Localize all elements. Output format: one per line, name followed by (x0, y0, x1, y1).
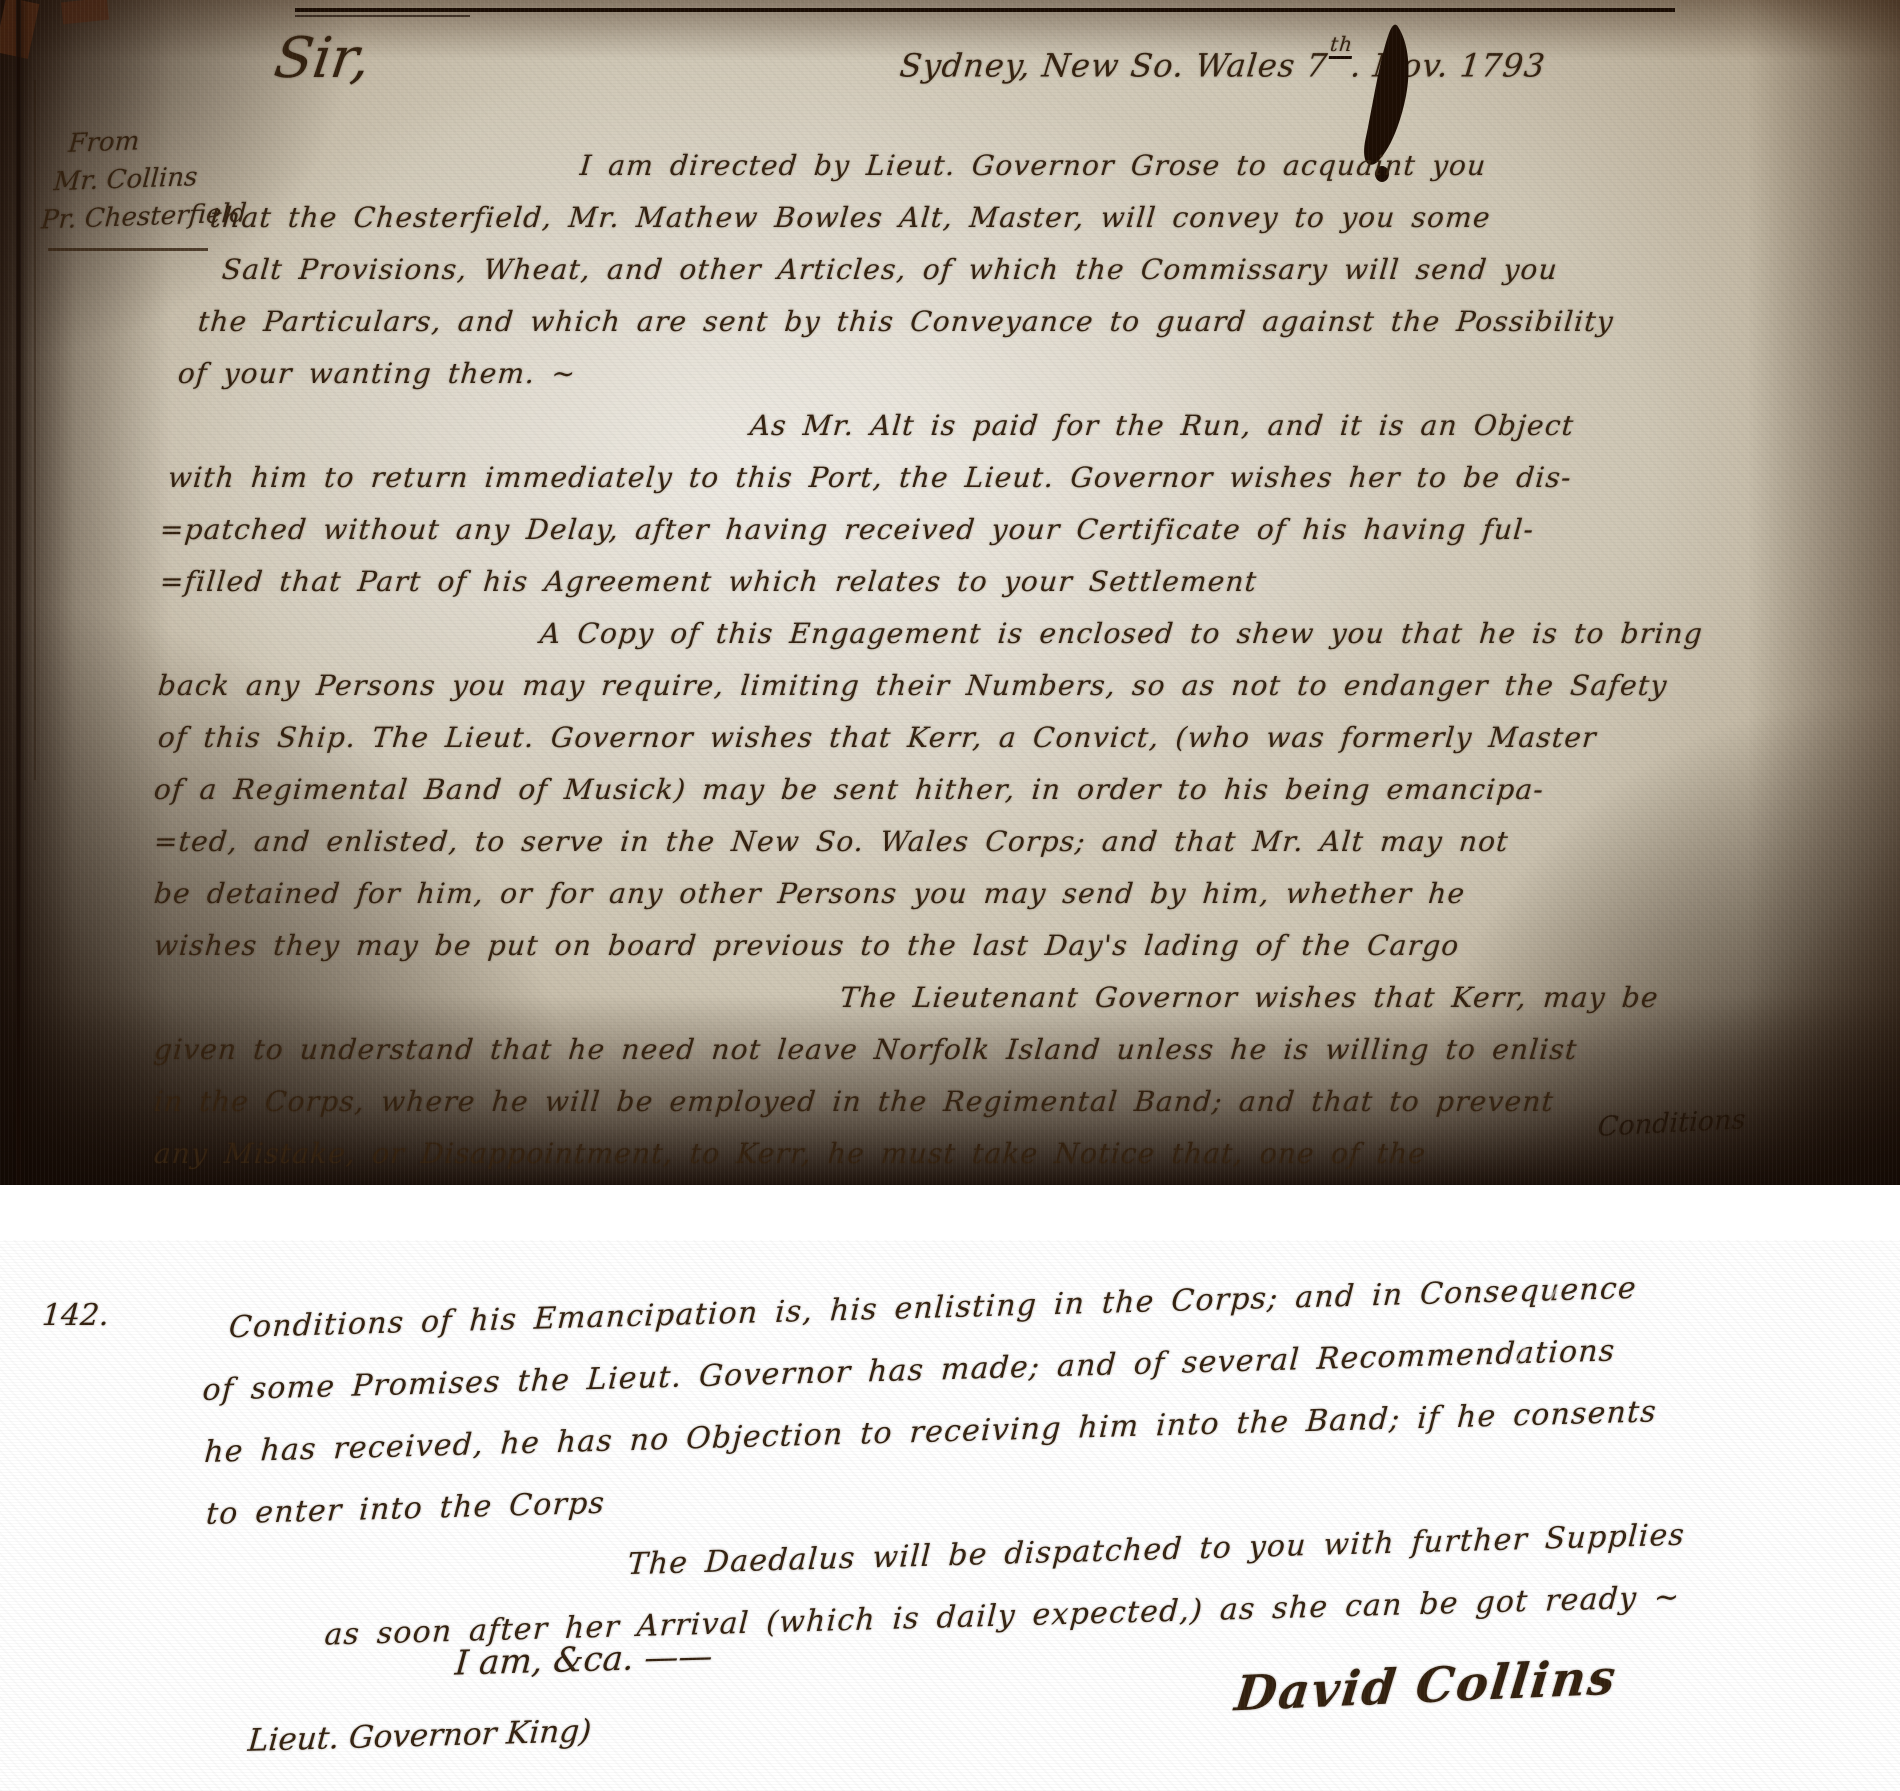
manuscript-line: any Mistake, or Disappointment, to Kerr,… (148, 1128, 1593, 1180)
page2-content: Conditions of his Emancipation is, his e… (200, 1254, 1770, 1669)
manuscript-line: given to understand that he need not lea… (148, 1024, 1593, 1076)
top-rule-secondary (295, 15, 470, 17)
page1-scan: Sir, Sydney, New So. Wales 7th. Nov. 179… (0, 0, 1900, 1185)
manuscript-line: back any Persons you may require, limiti… (148, 660, 1593, 712)
closing-line: I am, &ca. —— (454, 1636, 715, 1683)
dateline: Sydney, New So. Wales 7th. Nov. 1793 (898, 46, 1548, 85)
manuscript-line: of your wanting them. ~ (148, 348, 1593, 400)
page1-body: I am directed by Lieut. Governor Grose t… (150, 140, 1590, 1180)
manuscript-line: be detained for him, or for any other Pe… (148, 868, 1593, 920)
dateline-text: Sydney, New So. Wales 7 (898, 47, 1330, 85)
manuscript-line: Salt Provisions, Wheat, and other Articl… (148, 244, 1593, 296)
manuscript-line: I am directed by Lieut. Governor Grose t… (148, 140, 1593, 192)
manuscript-line: wishes they may be put on board previous… (148, 920, 1593, 972)
catchword: Conditions (1597, 1104, 1746, 1143)
manuscript-line: that the Chesterfield, Mr. Mathew Bowles… (148, 192, 1593, 244)
salutation: Sir, (270, 26, 374, 91)
manuscript-line: with him to return immediately to this P… (148, 452, 1593, 504)
manuscript-line: As Mr. Alt is paid for the Run, and it i… (148, 400, 1593, 452)
manuscript-scan-canvas: { "ink_color": "#33210f", "paper_color":… (0, 0, 1900, 1791)
signature: David Collins (1232, 1650, 1620, 1723)
manuscript-line: of this Ship. The Lieut. Governor wishes… (148, 712, 1593, 764)
manuscript-line: of a Regimental Band of Musick) may be s… (148, 764, 1593, 816)
manuscript-line: =patched without any Delay, after having… (148, 504, 1593, 556)
manuscript-line: A Copy of this Engagement is enclosed to… (148, 608, 1593, 660)
dateline-superscript: th (1329, 32, 1355, 59)
top-rule (295, 8, 1675, 12)
binding-line (16, 0, 21, 1185)
page2-scan: 142. Conditions of his Emancipation is, … (0, 1240, 1900, 1791)
manuscript-line: =ted, and enlisted, to serve in the New … (148, 816, 1593, 868)
page2-body: Conditions of his Emancipation is, his e… (200, 1254, 1770, 1669)
manuscript-line: the Particulars, and which are sent by t… (148, 296, 1593, 348)
addressee: Lieut. Governor King) (247, 1713, 593, 1759)
torn-edge-mark (61, 0, 109, 24)
manuscript-line: in the Corps, where he will be employed … (148, 1076, 1593, 1128)
margin-ruled-line (34, 80, 36, 780)
page-number: 142. (41, 1298, 110, 1333)
manuscript-line: The Lieutenant Governor wishes that Kerr… (148, 972, 1593, 1024)
manuscript-line: =filled that Part of his Agreement which… (148, 556, 1593, 608)
